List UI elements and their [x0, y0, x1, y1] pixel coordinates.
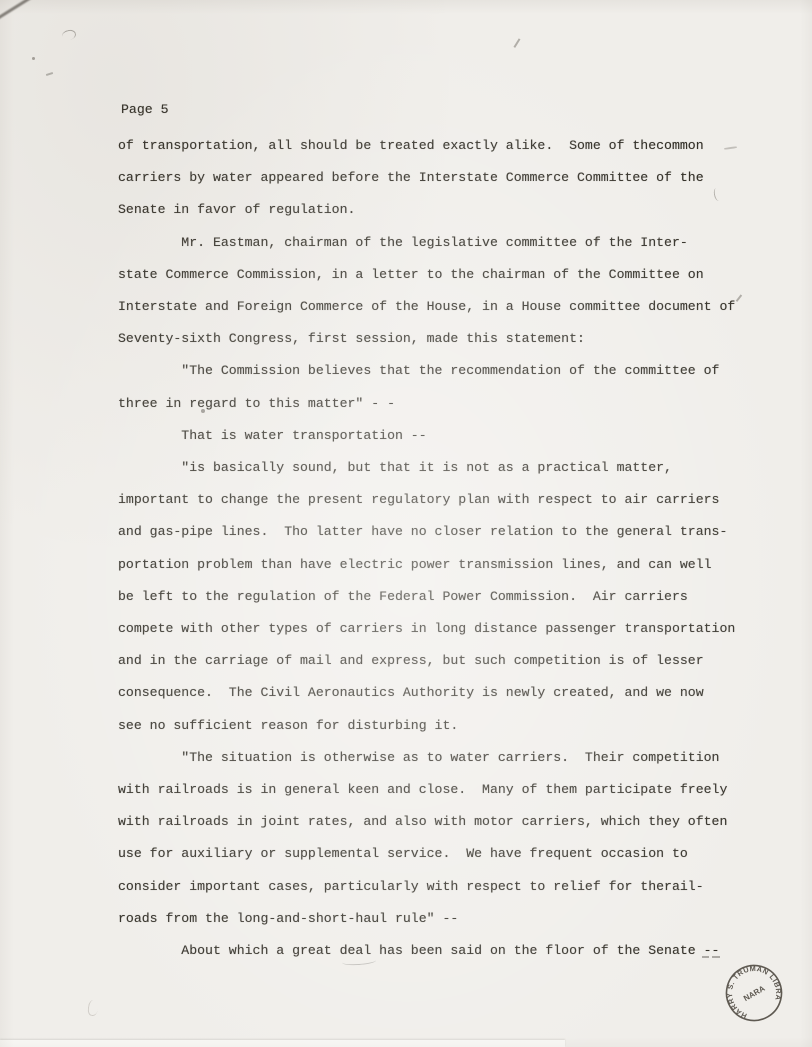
stray-dot-mark [32, 57, 35, 60]
stray-tick-mark [46, 72, 53, 76]
scanner-bed-edge [0, 1040, 565, 1047]
stamp-center-text: NARA [742, 984, 767, 1003]
scanned-document-page: Page 5 of transportation, all should be … [0, 0, 812, 1047]
stray-tick-mark-2 [736, 294, 742, 301]
stray-slash-mark [513, 38, 520, 47]
faint-pencil-mark [87, 999, 99, 1016]
document-body-text: of transportation, all should be treated… [118, 130, 735, 967]
page-number-label: Page 5 [121, 94, 168, 126]
truman-library-stamp-icon: HARRY S. TRUMAN LIBRARY NARA [712, 951, 796, 1035]
pencil-squiggle-mark [61, 29, 77, 42]
page-corner-curl [0, 0, 34, 20]
